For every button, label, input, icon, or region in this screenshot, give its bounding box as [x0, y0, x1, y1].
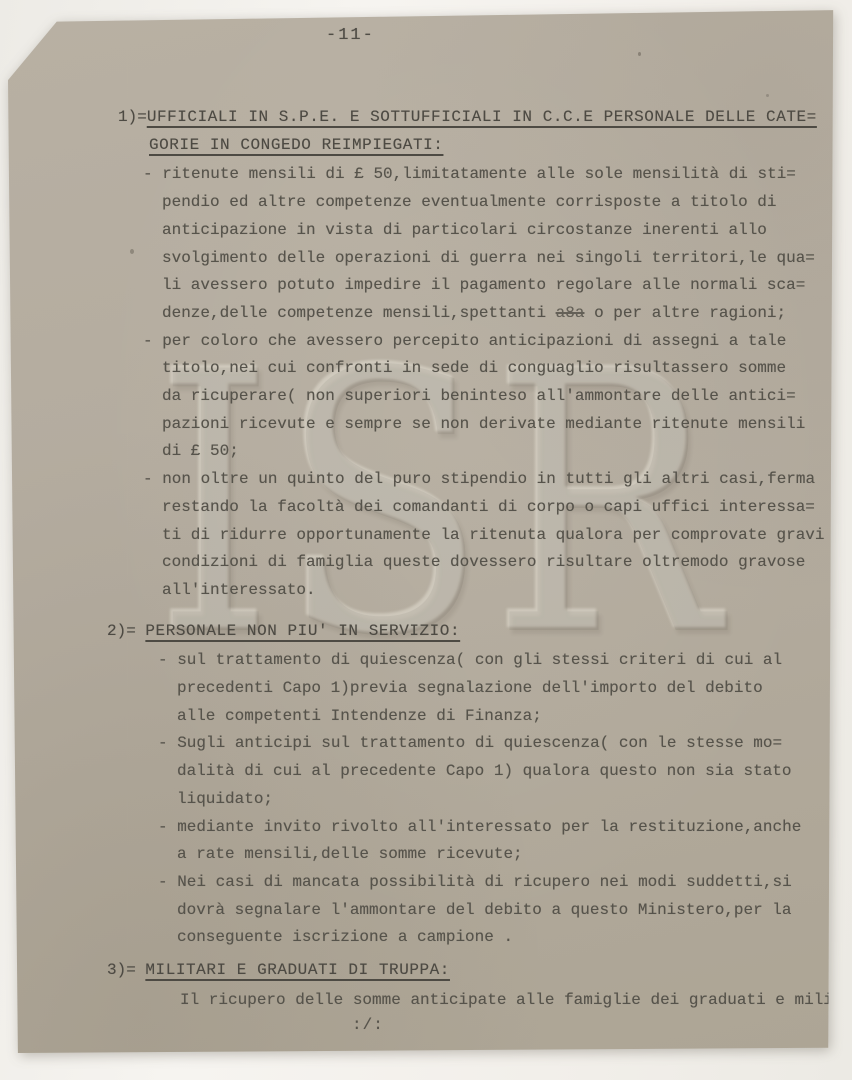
bullet-item: - per coloro che avessero percepito anti… — [143, 328, 838, 467]
section-heading: 2)= PERSONALE NON PIU' IN SERVIZIO: — [107, 618, 838, 646]
bullet-dash: - — [158, 734, 177, 752]
text-run: Nei casi di mancata possibilità di ricup… — [177, 873, 792, 946]
text-run: sul trattamento di quiescenza( con gli s… — [177, 651, 782, 724]
text-run: per coloro che avessero percepito antici… — [162, 332, 805, 461]
text-run: non oltre un quinto del puro stipendio i… — [162, 470, 825, 599]
bullet-dash: - — [158, 651, 177, 669]
bullet-dash: - — [158, 818, 177, 836]
paper-shadow: ISR -11- 1)=UFFICIALI IN S.P.E. E SOTTUF… — [0, 0, 852, 1080]
page-number: -11- — [326, 26, 375, 45]
section: 2)= PERSONALE NON PIU' IN SERVIZIO:- sul… — [118, 618, 838, 952]
scanned-photo: ISR -11- 1)=UFFICIALI IN S.P.E. E SOTTUF… — [0, 0, 852, 1080]
bullet-item: - ritenute mensili di £ 50,limitatamente… — [143, 161, 838, 327]
document-paper: ISR -11- 1)=UFFICIALI IN S.P.E. E SOTTUF… — [8, 8, 834, 1054]
bullet-dash: - — [143, 332, 162, 350]
bullet-item: - non oltre un quinto del puro stipendio… — [143, 466, 838, 605]
section-marker: 2)= — [107, 622, 145, 640]
text-run: mediante invito rivolto all'interessato … — [177, 818, 801, 864]
text-run: ritenute mensili di £ 50,limitatamente a… — [162, 165, 815, 322]
section-title: UFFICIALI IN S.P.E. E SOTTUFFICIALI IN C… — [147, 108, 817, 154]
section: 1)=UFFICIALI IN S.P.E. E SOTTUFFICIALI I… — [118, 104, 838, 605]
bullet-dash: - — [143, 470, 162, 488]
bullet-item: - sul trattamento di quiescenza( con gli… — [158, 647, 838, 730]
section-title: PERSONALE NON PIU' IN SERVIZIO: — [145, 622, 460, 640]
section-title: MILITARI E GRADUATI DI TRUPPA: — [145, 961, 450, 979]
section-heading: 3)= MILITARI E GRADUATI DI TRUPPA: — [107, 957, 838, 985]
bullet-item: - Sugli anticipi sul trattamento di quie… — [158, 730, 838, 813]
text-run: o per altre ragioni; — [584, 304, 786, 322]
paper-speck — [766, 94, 769, 97]
bullet-item: - Nei casi di mancata possibilità di ric… — [158, 869, 838, 952]
paragraph: Il ricupero delle somme anticipate alle … — [180, 987, 838, 1015]
text-run: Il ricupero delle somme anticipate alle … — [180, 991, 833, 1009]
footer-mark: :/: — [352, 1016, 384, 1034]
section-marker: 1)= — [118, 108, 147, 126]
text-run: Sugli anticipi sul trattamento di quiesc… — [177, 734, 792, 807]
section-heading: 1)=UFFICIALI IN S.P.E. E SOTTUFFICIALI I… — [118, 104, 838, 159]
bullet-dash: - — [143, 165, 162, 183]
paper-speck — [638, 52, 641, 56]
bullet-item: - mediante invito rivolto all'interessat… — [158, 814, 838, 869]
section: 3)= MILITARI E GRADUATI DI TRUPPA:Il ric… — [118, 957, 838, 1014]
document-content: 1)=UFFICIALI IN S.P.E. E SOTTUFFICIALI I… — [118, 104, 838, 1015]
bullet-dash: - — [158, 873, 177, 891]
strike-text: a8a — [556, 304, 585, 322]
section-marker: 3)= — [107, 961, 145, 979]
